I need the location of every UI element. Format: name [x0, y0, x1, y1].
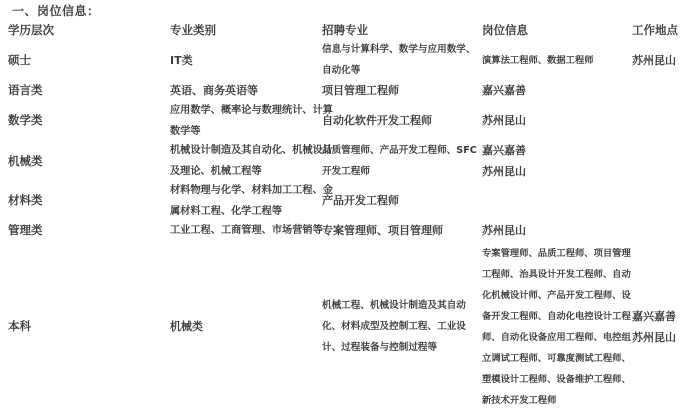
cell-r1-c2: 项目管理工程师 — [322, 80, 482, 100]
cell-r2-c4 — [632, 100, 690, 141]
table-row: 硕士IT类信息与计算科学、数学与应用数学、 自动化等演算法工程师、数据工程师苏州… — [0, 40, 690, 80]
cell-r0-c2: 信息与计算科学、数学与应用数学、 自动化等 — [322, 40, 482, 80]
cell-r2-c3: 苏州昆山 — [482, 100, 632, 141]
cell-r3-c2: 品质管理师、产品开发工程师、SFC 开发工程师 — [322, 141, 482, 181]
cell-r6-c0: 本科 — [0, 241, 170, 411]
header-education-level: 学历层次 — [0, 20, 170, 40]
header-work-location: 工作地点 — [632, 20, 690, 40]
table-row: 本科机械类机械工程、机械设计制造及其自动 化、材料成型及控制工程、工业设 计、过… — [0, 241, 690, 411]
table-row: 管理类工业工程、工商管理、市场营销等专案管理师、项目管理师苏州昆山 — [0, 220, 690, 241]
cell-r3-c0: 机械类 — [0, 141, 170, 181]
cell-r0-c0: 硕士 — [0, 40, 170, 80]
cell-r0-c1: IT类 — [170, 40, 322, 80]
cell-r1-c3: 嘉兴嘉善 — [482, 80, 632, 100]
table-row: 材料类材料物理与化学、材料加工工程、金 属材料工程、化学工程等产品开发工程师 — [0, 181, 690, 220]
section-title: 一、岗位信息： — [0, 0, 690, 20]
cell-r5-c4 — [632, 220, 690, 241]
job-info-page: 一、岗位信息： 学历层次 专业类别 招聘专业 岗位信息 工作地点 硕士IT类信息… — [0, 0, 690, 411]
cell-r5-c3: 苏州昆山 — [482, 220, 632, 241]
table-row: 机械类机械设计制造及其自动化、机械设计 及理论、机械工程等品质管理师、产品开发工… — [0, 141, 690, 181]
cell-r3-c1: 机械设计制造及其自动化、机械设计 及理论、机械工程等 — [170, 141, 322, 181]
header-position-info: 岗位信息 — [482, 20, 632, 40]
cell-r4-c3 — [482, 181, 632, 220]
cell-r4-c1: 材料物理与化学、材料加工工程、金 属材料工程、化学工程等 — [170, 181, 322, 220]
cell-r2-c1: 应用数学、概率论与数理统计、计算 数学等 — [170, 100, 322, 141]
cell-r4-c2: 产品开发工程师 — [322, 181, 482, 220]
cell-r2-c2: 自动化软件开发工程师 — [322, 100, 482, 141]
cell-r6-c1: 机械类 — [170, 241, 322, 411]
cell-r6-c4: 嘉兴嘉善 苏州昆山 — [632, 241, 690, 411]
cell-r6-c3: 专案管理师、品质工程师、项目管理 工程师、治具设计开发工程师、自动 化机械设计师… — [482, 241, 632, 411]
cell-r5-c0: 管理类 — [0, 220, 170, 241]
header-major-category: 专业类别 — [170, 20, 322, 40]
table-row: 数学类应用数学、概率论与数理统计、计算 数学等自动化软件开发工程师苏州昆山 — [0, 100, 690, 141]
positions-table: 学历层次 专业类别 招聘专业 岗位信息 工作地点 硕士IT类信息与计算科学、数学… — [0, 20, 690, 411]
cell-r5-c1: 工业工程、工商管理、市场营销等 — [170, 220, 322, 241]
cell-r1-c1: 英语、商务英语等 — [170, 80, 322, 100]
cell-r0-c4: 苏州昆山 — [632, 40, 690, 80]
cell-r1-c0: 语言类 — [0, 80, 170, 100]
table-header-row: 学历层次 专业类别 招聘专业 岗位信息 工作地点 — [0, 20, 690, 40]
cell-r4-c0: 材料类 — [0, 181, 170, 220]
cell-r6-c2: 机械工程、机械设计制造及其自动 化、材料成型及控制工程、工业设 计、过程装备与控… — [322, 241, 482, 411]
cell-r2-c0: 数学类 — [0, 100, 170, 141]
table-row: 语言类英语、商务英语等项目管理工程师嘉兴嘉善 — [0, 80, 690, 100]
cell-r5-c2: 专案管理师、项目管理师 — [322, 220, 482, 241]
cell-r0-c3: 演算法工程师、数据工程师 — [482, 40, 632, 80]
cell-r1-c4 — [632, 80, 690, 100]
cell-r4-c4 — [632, 181, 690, 220]
cell-r3-c4 — [632, 141, 690, 181]
cell-r3-c3: 嘉兴嘉善 苏州昆山 — [482, 141, 632, 181]
header-recruit-major: 招聘专业 — [322, 20, 482, 40]
